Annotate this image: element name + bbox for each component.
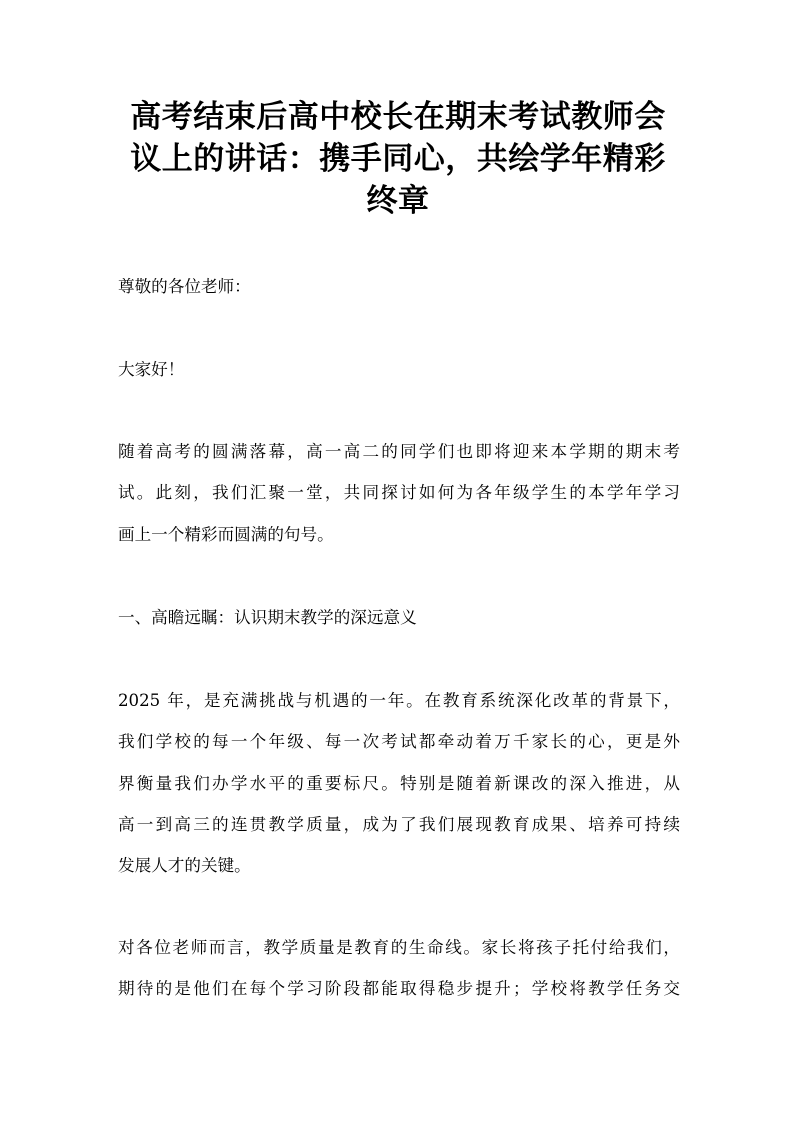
body-paragraph-2025: 2025 年，是充满挑战与机遇的一年。在教育系统深化改革的背景下， 我们学校的每… [118, 680, 680, 886]
text-line: 画上一个精彩而圆满的句号。 [118, 514, 680, 555]
title-line: 高考结束后高中校长在期末考试教师会 [112, 96, 684, 138]
greeting: 大家好！ [118, 349, 680, 390]
text-line: 尊敬的各位老师： [118, 266, 680, 307]
section-heading-1: 一、高瞻远瞩：认识期末教学的深远意义 [118, 597, 680, 638]
document-title: 高考结束后高中校长在期末考试教师会 议上的讲话：携手同心，共绘学年精彩 终章 [112, 96, 684, 222]
title-line: 终章 [112, 180, 684, 222]
text-line: 高一到高三的连贯教学质量，成为了我们展现教育成果、培养可持续 [118, 804, 680, 845]
text-line: 随着高考的圆满落幕，高一高二的同学们也即将迎来本学期的期末考 [118, 431, 680, 472]
document-page: 高考结束后高中校长在期末考试教师会 议上的讲话：携手同心，共绘学年精彩 终章 尊… [0, 0, 793, 1122]
body-paragraph-teachers: 对各位老师而言，教学质量是教育的生命线。家长将孩子托付给我们， 期待的是他们在每… [118, 927, 680, 1010]
text-line: 一、高瞻远瞩：认识期末教学的深远意义 [118, 597, 680, 638]
text-line: 对各位老师而言，教学质量是教育的生命线。家长将孩子托付给我们， [118, 927, 680, 968]
intro-paragraph: 随着高考的圆满落幕，高一高二的同学们也即将迎来本学期的期末考 试。此刻，我们汇聚… [118, 431, 680, 555]
text-line: 我们学校的每一个年级、每一次考试都牵动着万千家长的心，更是外 [118, 721, 680, 762]
title-line: 议上的讲话：携手同心，共绘学年精彩 [112, 138, 684, 180]
text-line: 大家好！ [118, 349, 680, 390]
text-line: 界衡量我们办学水平的重要标尺。特别是随着新课改的深入推进，从 [118, 763, 680, 804]
text-line: 2025 年，是充满挑战与机遇的一年。在教育系统深化改革的背景下， [118, 680, 680, 721]
salutation: 尊敬的各位老师： [118, 266, 680, 307]
text-line: 期待的是他们在每个学习阶段都能取得稳步提升；学校将教学任务交 [118, 968, 680, 1009]
text-line: 发展人才的关键。 [118, 845, 680, 886]
text-line: 试。此刻，我们汇聚一堂，共同探讨如何为各年级学生的本学年学习 [118, 472, 680, 513]
